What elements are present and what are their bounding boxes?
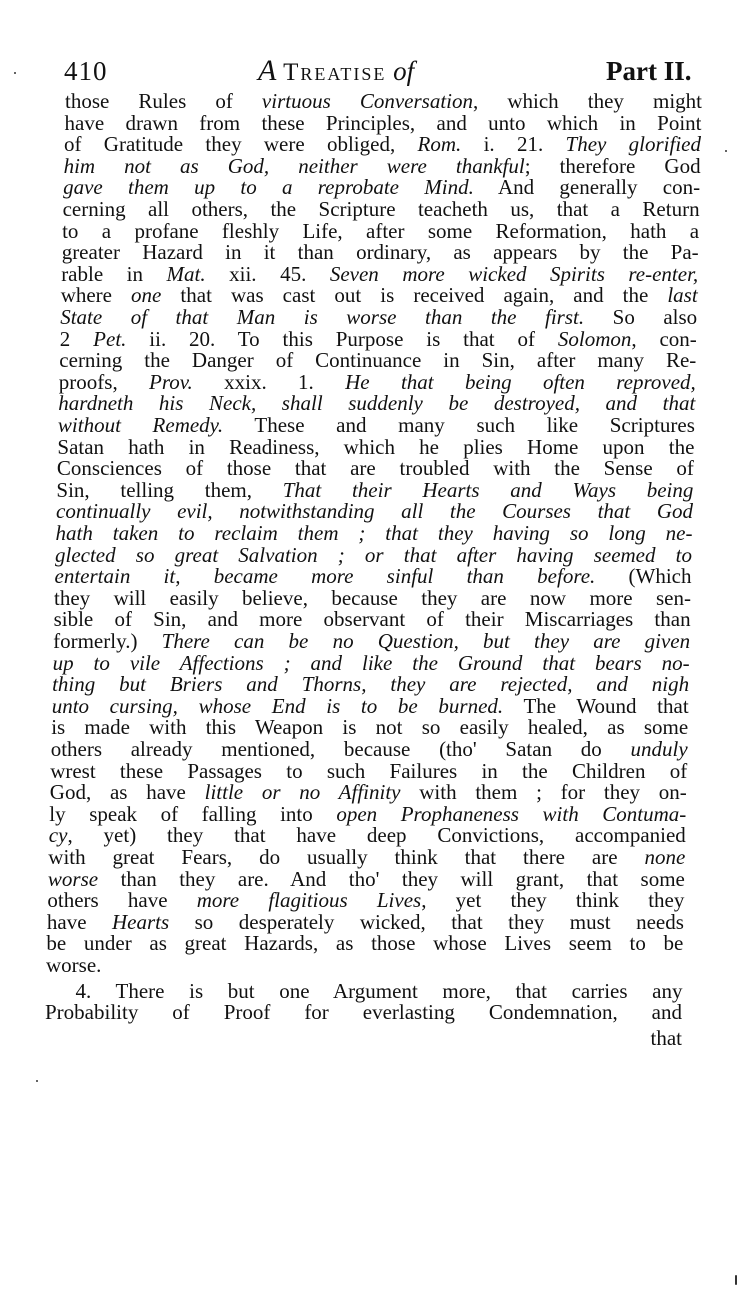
book-page: 410 A Treatise of Part II. those Rules o… bbox=[0, 0, 750, 1298]
text-run: xii. 45. bbox=[206, 262, 330, 286]
italic-run: continually evil, notwithstanding all th… bbox=[56, 499, 693, 523]
text-run: cerning the Danger of Continuance in Sin… bbox=[59, 348, 696, 372]
text-line: unto cursing, whose End is to be burned.… bbox=[52, 695, 689, 717]
text-line: sible of Sin, and more observant of thei… bbox=[54, 608, 691, 630]
text-run: , yet they think they bbox=[421, 888, 684, 912]
text-run: So also bbox=[584, 305, 697, 329]
text-line: they will easily believe, because they a… bbox=[54, 587, 691, 609]
text-line: wrest these Passages to such Failures in… bbox=[50, 760, 687, 782]
text-line: continually evil, notwithstanding all th… bbox=[56, 500, 693, 522]
text-line: worse than they are. And tho' they will … bbox=[48, 868, 685, 890]
italic-run: without Remedy. bbox=[58, 413, 223, 437]
text-line: Satan hath in Readiness, which he plies … bbox=[57, 436, 694, 458]
text-run: than they are. And tho' they will grant,… bbox=[98, 867, 685, 891]
text-run: cerning all others, the Scripture teache… bbox=[63, 197, 700, 221]
italic-run: none bbox=[644, 845, 685, 869]
text-run: ly speak of falling into bbox=[49, 802, 336, 826]
text-line: Sin, telling them, That their Hearts and… bbox=[56, 479, 693, 501]
text-run: greater Hazard in it than ordinary, as a… bbox=[62, 240, 699, 264]
italic-run: last bbox=[667, 283, 697, 307]
italic-run: more flagitious Lives bbox=[197, 888, 421, 912]
italic-run: Mat. bbox=[167, 262, 206, 286]
text-line: greater Hazard in it than ordinary, as a… bbox=[62, 241, 699, 263]
text-line: where one that was cast out is received … bbox=[61, 284, 698, 306]
paragraph-start-line: 4. There is but one Argument more, that … bbox=[76, 980, 683, 1002]
scan-speck bbox=[36, 1080, 38, 1082]
italic-run: open Prophaneness with Contuma- bbox=[336, 802, 686, 826]
text-line: proofs, Prov. xxix. 1. He that being oft… bbox=[59, 371, 696, 393]
text-run: Sin, telling them, bbox=[56, 478, 282, 502]
text-line: gave them up to a reprobate Mind. And ge… bbox=[63, 176, 700, 198]
italic-run: gave them up to a reprobate Mind. bbox=[63, 175, 474, 199]
running-title-of: of bbox=[393, 56, 414, 86]
text-line: rable in Mat. xii. 45. Seven more wicked… bbox=[61, 263, 698, 285]
italic-run: That their Hearts and Ways being bbox=[283, 478, 694, 502]
text-line: cy, yet) they that have deep Convictions… bbox=[49, 824, 686, 846]
text-run: formerly.) bbox=[53, 629, 162, 653]
italic-run: cy bbox=[49, 823, 68, 847]
text-line: Probability of Proof for everlasting Con… bbox=[45, 1001, 682, 1023]
text-run: , con- bbox=[631, 327, 696, 351]
text-run: to a profane fleshly Life, after some Re… bbox=[62, 219, 699, 243]
text-line: God, as have little or no Affinity with … bbox=[50, 781, 687, 803]
text-line: of Gratitude they were obliged, Rom. i. … bbox=[64, 133, 701, 155]
page-number: 410 bbox=[64, 56, 108, 86]
text-run: where bbox=[61, 283, 131, 307]
text-run: And generally con- bbox=[474, 175, 700, 199]
text-line: those Rules of virtuous Conversation, wh… bbox=[65, 90, 702, 112]
italic-run: him not as God, neither were thankful bbox=[64, 154, 525, 178]
text-run: sible of Sin, and more observant of thei… bbox=[54, 607, 691, 631]
text-run: These and many such like Scriptures bbox=[223, 413, 695, 437]
italic-run: He that being often reproved, bbox=[345, 370, 696, 394]
italic-run: Seven more wicked Spirits re-enter, bbox=[330, 262, 698, 286]
text-line: State of that Man is worse than the firs… bbox=[60, 306, 697, 328]
text-run: worse. bbox=[46, 953, 101, 977]
text-run: they will easily believe, because they a… bbox=[54, 586, 691, 610]
text-line: have Hearts so desperately wicked, that … bbox=[47, 911, 684, 933]
text-run: , which they might bbox=[473, 89, 702, 113]
text-run: , yet) they that have deep Convictions, … bbox=[67, 823, 685, 847]
running-title-word: Treatise bbox=[283, 59, 386, 86]
italic-run: up to vile Affections ; and like the Gro… bbox=[53, 651, 690, 675]
text-run: 4. There is but one Argument more, that … bbox=[76, 979, 683, 1003]
italic-run: There can be no Question, but they are g… bbox=[162, 629, 690, 653]
text-run: be under as great Hazards, as those whos… bbox=[46, 931, 683, 955]
text-run: wrest these Passages to such Failures in… bbox=[50, 759, 687, 783]
text-line: cerning all others, the Scripture teache… bbox=[63, 198, 700, 220]
text-run: Probability of Proof for everlasting Con… bbox=[45, 1000, 682, 1024]
italic-run: Prov. bbox=[149, 370, 193, 394]
italic-run: State of that Man is worse than the firs… bbox=[60, 305, 584, 329]
text-run: ii. 20. To this Purpose is that of bbox=[126, 327, 557, 351]
italic-run: little or no Affinity bbox=[205, 780, 401, 804]
text-line: him not as God, neither were thankful; t… bbox=[64, 155, 701, 177]
text-line: worse. bbox=[46, 954, 683, 976]
text-line: be under as great Hazards, as those whos… bbox=[46, 932, 683, 954]
italic-run: entertain it, became more sinful than be… bbox=[55, 564, 596, 588]
text-run: others already mentioned, because (tho' … bbox=[51, 737, 631, 761]
catchword: that bbox=[560, 1027, 682, 1049]
italic-run: worse bbox=[48, 867, 98, 891]
text-line: without Remedy. These and many such like… bbox=[58, 414, 695, 436]
scan-speck bbox=[735, 1275, 737, 1285]
text-run: ; therefore God bbox=[525, 154, 701, 178]
text-line: thing but Briers and Thorns, they are re… bbox=[52, 673, 689, 695]
text-run: i. 21. bbox=[461, 132, 565, 156]
italic-run: Hearts bbox=[112, 910, 169, 934]
text-run: with great Fears, do usually think that … bbox=[48, 845, 644, 869]
italic-run: glected so great Salvation ; or that aft… bbox=[55, 543, 692, 567]
text-line: is made with this Weapon is not so easil… bbox=[51, 716, 688, 738]
italic-run: unto cursing, whose End is to be burned. bbox=[52, 694, 503, 718]
text-line: with great Fears, do usually think that … bbox=[48, 846, 685, 868]
text-line: others have more flagitious Lives, yet t… bbox=[47, 889, 684, 911]
text-run: others have bbox=[47, 888, 196, 912]
text-line: glected so great Salvation ; or that aft… bbox=[55, 544, 692, 566]
scan-speck bbox=[14, 72, 16, 74]
text-run: of Gratitude they were obliged, bbox=[64, 132, 418, 156]
text-line: formerly.) There can be no Question, but… bbox=[53, 630, 690, 652]
text-line: Consciences of those that are troubled w… bbox=[57, 457, 694, 479]
text-line: ly speak of falling into open Prophanene… bbox=[49, 803, 686, 825]
text-line: have drawn from these Principles, and un… bbox=[65, 112, 702, 134]
italic-run: hath taken to reclaim them ; that they h… bbox=[56, 521, 693, 545]
text-run: have drawn from these Principles, and un… bbox=[65, 111, 702, 135]
text-run: with them ; for they on- bbox=[400, 780, 686, 804]
scan-speck bbox=[725, 150, 727, 152]
italic-run: Solomon bbox=[558, 327, 632, 351]
text-line: entertain it, became more sinful than be… bbox=[55, 565, 692, 587]
text-run: 2 bbox=[60, 327, 93, 351]
text-run: Satan hath in Readiness, which he plies … bbox=[57, 435, 694, 459]
text-run: have bbox=[47, 910, 112, 934]
text-run: God, as have bbox=[50, 780, 205, 804]
italic-run: Rom. bbox=[418, 132, 462, 156]
text-run: Consciences of those that are troubled w… bbox=[57, 456, 694, 480]
text-line: hath taken to reclaim them ; that they h… bbox=[56, 522, 693, 544]
text-run: is made with this Weapon is not so easil… bbox=[51, 715, 688, 739]
text-line: others already mentioned, because (tho' … bbox=[51, 738, 688, 760]
text-run: so desperately wicked, that they must ne… bbox=[169, 910, 684, 934]
text-run: xxix. 1. bbox=[193, 370, 345, 394]
italic-run: one bbox=[131, 283, 161, 307]
italic-run: virtuous Conversation bbox=[262, 89, 473, 113]
italic-run: unduly bbox=[631, 737, 688, 761]
text-line: to a profane fleshly Life, after some Re… bbox=[62, 220, 699, 242]
text-run: those Rules of bbox=[65, 89, 262, 113]
text-line: hardneth his Neck, shall suddenly be des… bbox=[58, 392, 695, 414]
text-run: that was cast out is received again, and… bbox=[161, 283, 667, 307]
running-title: A Treatise of bbox=[258, 56, 414, 86]
text-line: 2 Pet. ii. 20. To this Purpose is that o… bbox=[60, 328, 697, 350]
part-label: Part II. bbox=[606, 56, 691, 86]
text-run: The Wound that bbox=[503, 694, 689, 718]
italic-run: They glorified bbox=[566, 132, 701, 156]
text-run: (Which bbox=[595, 564, 691, 588]
text-line: cerning the Danger of Continuance in Sin… bbox=[59, 349, 696, 371]
italic-run: thing but Briers and Thorns, they are re… bbox=[52, 672, 689, 696]
text-line: up to vile Affections ; and like the Gro… bbox=[53, 652, 690, 674]
italic-run: Pet. bbox=[93, 327, 126, 351]
text-run: proofs, bbox=[59, 370, 149, 394]
text-run: rable in bbox=[61, 262, 166, 286]
running-title-initial: A bbox=[258, 54, 276, 87]
italic-run: hardneth his Neck, shall suddenly be des… bbox=[58, 391, 695, 415]
